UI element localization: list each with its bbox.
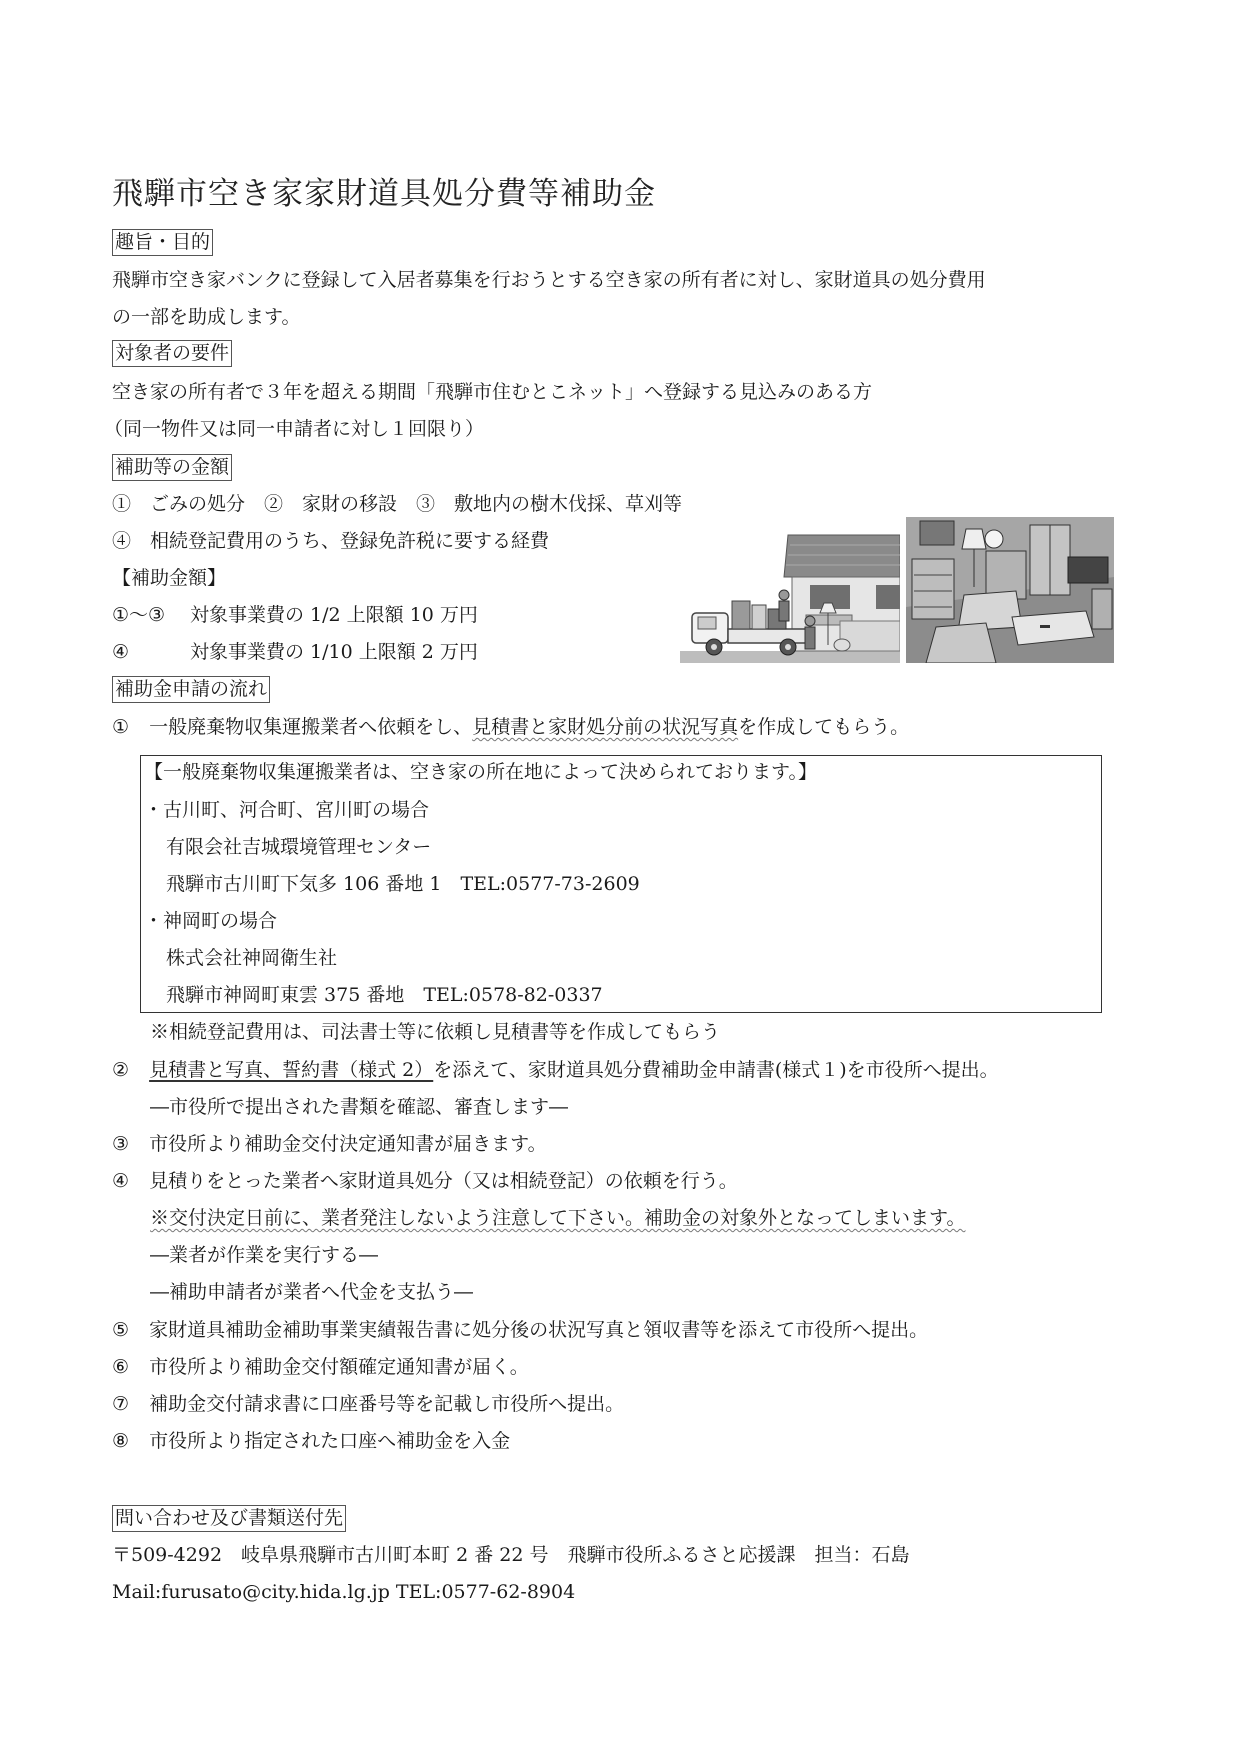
flow-step-2-sub: ―市役所で提出された書類を確認、審査します― bbox=[150, 1095, 568, 1119]
section-label-purpose: 趣旨・目的 bbox=[112, 229, 213, 256]
step-8-number: ⑧ bbox=[112, 1430, 129, 1452]
step-2-number: ② bbox=[112, 1059, 129, 1081]
step-1-pre: 一般廃棄物収集運搬業者へ依頼をし、 bbox=[149, 716, 472, 738]
flow-step-3: ③ 市役所より補助金交付決定通知書が届きます。 bbox=[112, 1132, 547, 1156]
flow-step-5: ⑤ 家財道具補助金補助事業実績報告書に処分後の状況写真と領収書等を添えて市役所へ… bbox=[112, 1318, 928, 1342]
amount-items-line-2: ④ 相続登記費用のうち、登録免許税に要する経費 bbox=[112, 529, 549, 553]
step-5-text: 家財道具補助金補助事業実績報告書に処分後の状況写真と領収書等を添えて市役所へ提出… bbox=[149, 1319, 928, 1341]
step-7-number: ⑦ bbox=[112, 1393, 129, 1415]
step-8-text: 市役所より指定された口座へ補助金を入金 bbox=[149, 1430, 510, 1452]
step-4-text: 見積りをとった業者へ家財道具処分（又は相続登記）の依頼を行う。 bbox=[149, 1170, 738, 1192]
flow-step-4: ④ 見積りをとった業者へ家財道具処分（又は相続登記）の依頼を行う。 bbox=[112, 1169, 738, 1193]
section-label-flow: 補助金申請の流れ bbox=[112, 676, 270, 703]
purpose-text-line-1: 飛騨市空き家バンクに登録して入居者募集を行おうとする空き家の所有者に対し、家財道… bbox=[112, 268, 986, 292]
section-label-contact: 問い合わせ及び書類送付先 bbox=[112, 1505, 346, 1532]
flow-step-8: ⑧ 市役所より指定された口座へ補助金を入金 bbox=[112, 1429, 510, 1453]
cluttered-room-illustration bbox=[906, 517, 1114, 663]
vendor-area-1: ・古川町、河合町、宮川町の場合 bbox=[144, 798, 429, 822]
flow-step-7: ⑦ 補助金交付請求書に口座番号等を記載し市役所へ提出。 bbox=[112, 1392, 624, 1416]
flow-step-4-warning: ※交付決定日前に、業者発注しないよう注意して下さい。補助金の対象外となってしまい… bbox=[150, 1206, 965, 1230]
step-3-number: ③ bbox=[112, 1133, 129, 1155]
step-2-post: を添えて、家財道具処分費補助金申請書(様式１)を市役所へ提出。 bbox=[433, 1059, 998, 1081]
page-title: 飛騨市空き家家財道具処分費等補助金 bbox=[112, 168, 656, 213]
flow-step-2: ② 見積書と写真、誓約書（様式 2）を添えて、家財道具処分費補助金申請書(様式１… bbox=[112, 1058, 999, 1082]
rate-row-1-text: 対象事業費の 1/2 上限額 10 万円 bbox=[190, 603, 478, 627]
document-page: 飛騨市空き家家財道具処分費等補助金 趣旨・目的 飛騨市空き家バンクに登録して入居… bbox=[0, 0, 1241, 1755]
vendor-address-2: 飛騨市神岡町東雲 375 番地 TEL:0578-82-0337 bbox=[166, 983, 603, 1007]
purpose-text-line-2: の一部を助成します。 bbox=[112, 305, 300, 329]
step-6-number: ⑥ bbox=[112, 1356, 129, 1378]
flow-step-1: ① 一般廃棄物収集運搬業者へ依頼をし、見積書と家財処分前の状況写真を作成してもら… bbox=[112, 715, 909, 739]
flow-step-4-sub-1: ―業者が作業を実行する― bbox=[150, 1243, 378, 1267]
vendor-box-heading: 【一般廃棄物収集運搬業者は、空き家の所在地によって決められております。】 bbox=[144, 760, 817, 784]
flow-step-4-sub-2: ―補助申請者が業者へ代金を支払う― bbox=[150, 1280, 473, 1304]
amount-items-line-1: ① ごみの処分 ② 家財の移設 ③ 敷地内の樹木伐採、草刈等 bbox=[112, 492, 682, 516]
step-3-text: 市役所より補助金交付決定通知書が届きます。 bbox=[149, 1133, 546, 1155]
step-2-underlined: 見積書と写真、誓約書（様式 2） bbox=[149, 1059, 433, 1081]
step-1-underlined: 見積書と家財処分前の状況写真 bbox=[472, 716, 738, 738]
section-label-eligibility: 対象者の要件 bbox=[112, 340, 232, 367]
rate-row-1-target: ①～③ bbox=[112, 603, 165, 627]
moving-truck-house-illustration bbox=[680, 517, 900, 663]
flow-note-inheritance: ※相続登記費用は、司法書士等に依頼し見積書等を作成してもらう bbox=[150, 1020, 720, 1044]
section-label-amount: 補助等の金額 bbox=[112, 454, 232, 481]
step-1-number: ① bbox=[112, 716, 129, 738]
vendor-company-2: 株式会社神岡衛生社 bbox=[166, 946, 337, 970]
contact-mail-tel: Mail:furusato@city.hida.lg.jp TEL:0577-6… bbox=[112, 1580, 575, 1604]
step-5-number: ⑤ bbox=[112, 1319, 129, 1341]
step-4-number: ④ bbox=[112, 1170, 129, 1192]
eligibility-text-line-1: 空き家の所有者で３年を超える期間「飛騨市住むとこネット」へ登録する見込みのある方 bbox=[112, 380, 872, 404]
vendor-area-2: ・神岡町の場合 bbox=[144, 909, 277, 933]
rate-row-2-target: ④ bbox=[112, 640, 129, 664]
step-7-text: 補助金交付請求書に口座番号等を記載し市役所へ提出。 bbox=[149, 1393, 624, 1415]
step-6-text: 市役所より補助金交付額確定通知書が届く。 bbox=[149, 1356, 529, 1378]
rate-row-2-text: 対象事業費の 1/10 上限額 2 万円 bbox=[190, 640, 478, 664]
amount-subheading: 【補助金額】 bbox=[112, 566, 226, 590]
eligibility-text-line-2: （同一物件又は同一申請者に対し１回限り） bbox=[104, 417, 484, 441]
step-1-post: を作成してもらう。 bbox=[738, 716, 909, 738]
vendor-address-1: 飛騨市古川町下気多 106 番地 1 TEL:0577-73-2609 bbox=[166, 872, 640, 896]
vendor-company-1: 有限会社吉城環境管理センター bbox=[166, 835, 431, 859]
contact-address: 〒509-4292 岐阜県飛騨市古川町本町 2 番 22 号 飛騨市役所ふるさと… bbox=[112, 1543, 909, 1567]
flow-step-6: ⑥ 市役所より補助金交付額確定通知書が届く。 bbox=[112, 1355, 529, 1379]
